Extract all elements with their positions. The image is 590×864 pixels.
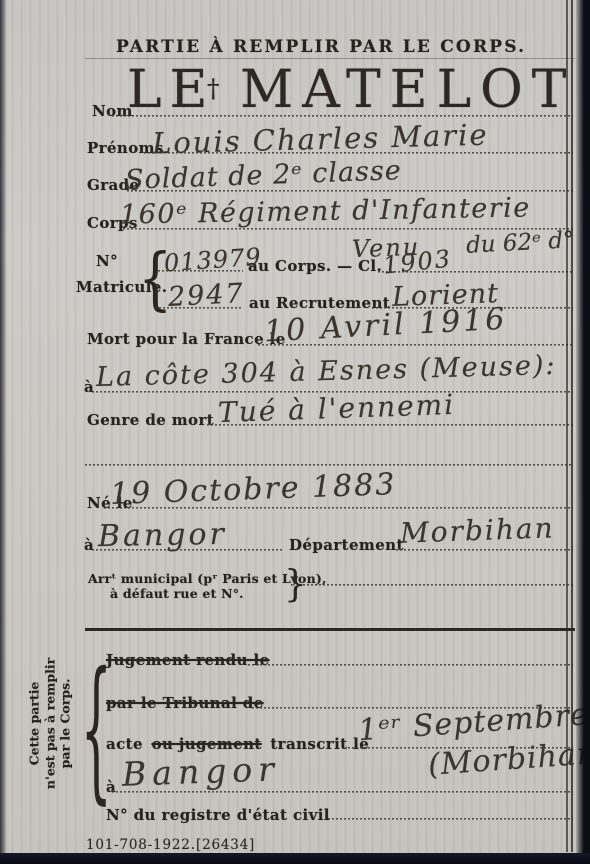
- matricule-corps-ruled: [158, 270, 243, 272]
- death-record-card: PARTIE À REMPLIR PAR LE CORPS. Nom LE † …: [0, 0, 590, 864]
- nom-value-le: LE: [127, 60, 216, 120]
- corps-value: 160ᵉ Régiment d'Infanterie: [120, 192, 531, 230]
- mort-ruled-line: [258, 344, 573, 346]
- sidebar-note-line3: par le Corps.: [58, 679, 73, 769]
- matricule-label-no: N°: [96, 252, 118, 270]
- jugement-ruled: [248, 664, 573, 666]
- transcription-departement-value: (Morbihan: [427, 736, 590, 783]
- matricule-classe-ruled: [378, 271, 573, 273]
- ne-le-ruled-line: [104, 507, 573, 509]
- nom-value-matelot: MATELOT: [240, 60, 575, 120]
- prenoms-ruled-line: [144, 152, 573, 154]
- sidebar-note-line2: n'est pas à remplir: [42, 658, 57, 789]
- ne-le-value: 19 Octobre 1883: [109, 467, 396, 512]
- matricule-recrutement-ruled: [155, 307, 242, 309]
- nom-ruled-line: [112, 115, 573, 117]
- jugement-label: Jugement rendu le: [106, 651, 270, 669]
- acte-label-pre: acte: [106, 735, 143, 753]
- sidebar-note-line1: Cette partie: [27, 682, 42, 766]
- tribunal-label: par le Tribunal de: [106, 694, 264, 712]
- transcription-lieu-label: à: [106, 778, 116, 796]
- transcription-lieu-value: Bangor: [121, 749, 280, 793]
- lieu-naissance-ruled: [92, 549, 284, 551]
- section-divider: [85, 628, 575, 631]
- scan-edge-left: [0, 0, 7, 864]
- genre-mort-label: Genre de mort: [87, 411, 214, 429]
- lieu-naissance-label: à: [84, 536, 94, 554]
- matricule-corps-text: au Corps. — Cl.: [248, 257, 382, 275]
- matricule-classe-value: 1903: [382, 244, 454, 279]
- blank-ruled-line: [85, 464, 573, 466]
- nom-interline-mark: †: [207, 74, 220, 103]
- scan-edge-bottom: [0, 853, 590, 864]
- sidebar-note: Cette partie n'est pas à remplir par le …: [27, 628, 74, 818]
- departement-value: Morbihan: [399, 511, 555, 549]
- arrondissement-label-2: à défaut rue et N°.: [110, 586, 244, 601]
- mort-label: Mort pour la France le: [87, 330, 286, 348]
- scan-edge-right: [576, 0, 590, 864]
- corps-note-origin: du 62ᵉ d°: [465, 227, 575, 259]
- registre-ruled: [328, 818, 573, 820]
- genre-mort-value: Tué à l'ennemi: [217, 388, 455, 429]
- arrondissement-ruled: [303, 584, 573, 586]
- grade-ruled-line: [127, 190, 573, 192]
- registre-label: N° du registre d'état civil: [106, 806, 330, 824]
- footer-reference: [26434]: [196, 837, 255, 853]
- departement-label: Département: [289, 536, 404, 554]
- corps-ruled-line: [123, 228, 573, 230]
- section-header: PARTIE À REMPLIR PAR LE CORPS.: [116, 37, 526, 57]
- lieu-mort-label: à: [84, 378, 94, 396]
- header-divider: [85, 58, 575, 59]
- footer-print-code: 101-708-1922.: [86, 837, 196, 853]
- departement-ruled: [396, 549, 573, 551]
- genre-mort-ruled-line: [207, 424, 573, 426]
- lieu-mort-value: La côte 304 à Esnes (Meuse):: [96, 350, 557, 393]
- transcription-ruled: [112, 791, 573, 793]
- acte-label-post: transcrit le: [270, 735, 369, 753]
